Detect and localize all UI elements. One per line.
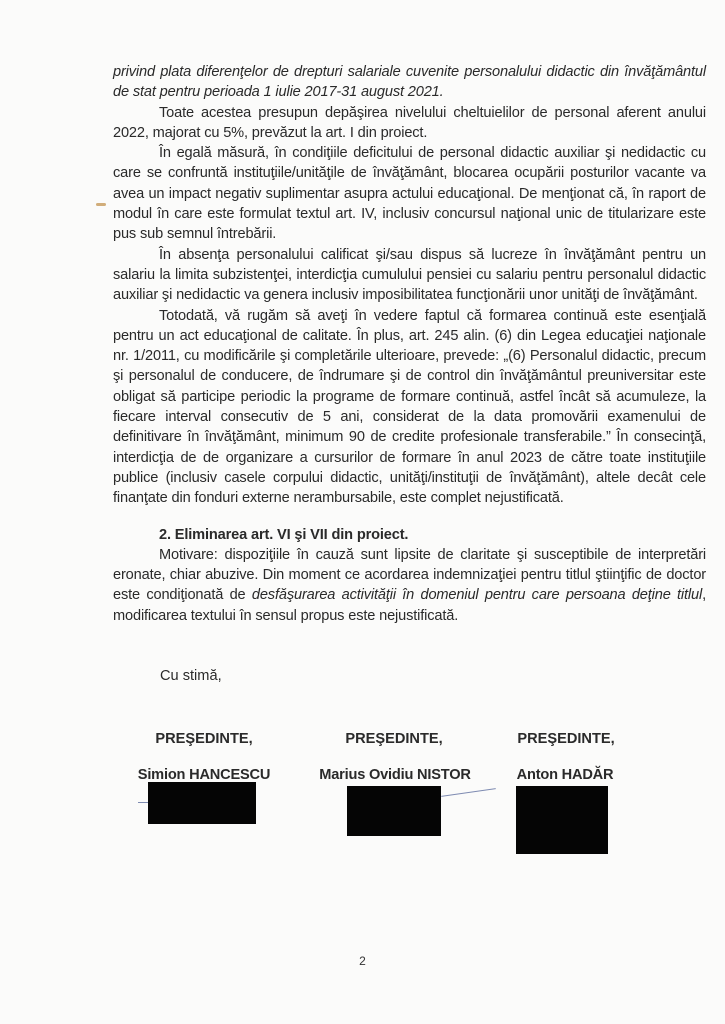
signatory-name-1: Simion HANCESCU [94,767,314,783]
redacted-signature-1 [148,782,256,824]
signature-ink-stroke [441,788,496,797]
paragraph-motivation: Motivare: dispoziţiile în cauză sunt lip… [113,545,706,626]
paragraph-continuous-training: Totodată, vă rugăm să aveţi în vedere fa… [113,306,706,509]
document-body: privind plata diferenţelor de drepturi s… [113,62,706,626]
paragraph-pension-cumulation: În absenţa personalului calificat şi/sau… [113,245,706,306]
intro-italic-line: privind plata diferenţelor de drepturi s… [113,62,706,103]
signatory-title-1: PREŞEDINTE, [104,731,304,747]
redacted-signature-2 [347,786,441,836]
margin-ink-mark [96,203,106,206]
signatory-title-2: PREŞEDINTE, [294,731,494,747]
redacted-signature-3 [516,786,608,854]
section-heading: 2. Eliminarea art. VI şi VII din proiect… [113,525,706,545]
signature-ink-stroke [138,802,148,803]
signatory-title-3: PREŞEDINTE, [466,731,666,747]
paragraph-budget: Toate acestea presupun depăşirea nivelul… [113,103,706,144]
paragraph-staff-deficit: În egală măsură, în condiţiile deficitul… [113,143,706,244]
signatory-name-3: Anton HADĂR [455,767,675,783]
document-page: privind plata diferenţelor de drepturi s… [0,0,725,1024]
page-number: 2 [0,954,725,968]
closing-salutation: Cu stimă, [160,668,222,684]
